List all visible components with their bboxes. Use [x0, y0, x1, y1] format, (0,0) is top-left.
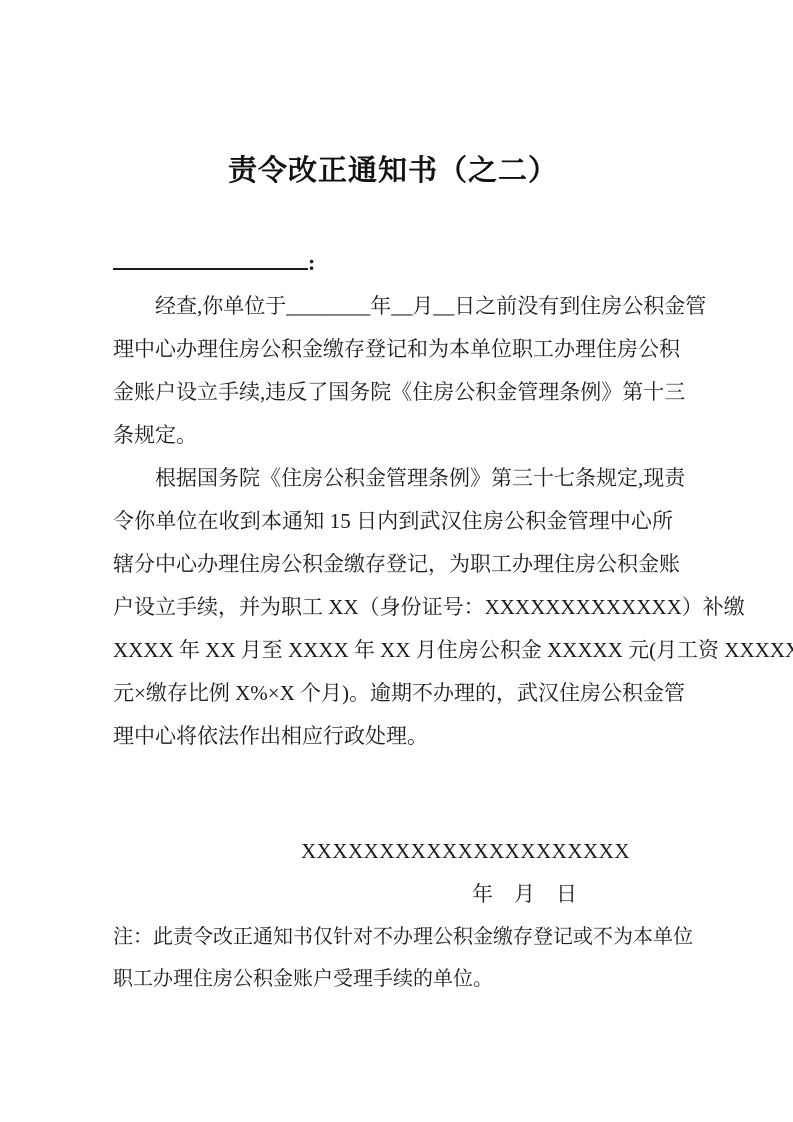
body-line: 理中心将依法作出相应行政处理。 — [113, 715, 673, 758]
body-line: 经查,你单位于________年__月__日之前没有到住房公积金管 — [113, 285, 673, 328]
salutation-line: : — [113, 241, 673, 285]
body-line: 令你单位在收到本通知 15 日内到武汉住房公积金管理中心所 — [113, 500, 673, 543]
document-page: 责令改正通知书（之二） : 经查,你单位于________年__月__日之前没有… — [0, 0, 793, 1122]
body-line: 元×缴存比例 X%×X 个月)。逾期不办理的，武汉住房公积金管 — [113, 672, 673, 715]
signature-block: XXXXXXXXXXXXXXXXXXXXX 年 月 日 — [113, 830, 673, 916]
salutation-blank-line — [113, 244, 308, 270]
body-line: 辖分中心办理住房公积金缴存登记，为职工办理住房公积金账 — [113, 543, 673, 586]
paragraph-1: 经查,你单位于________年__月__日之前没有到住房公积金管 理中心办理住… — [113, 285, 673, 457]
body-line: 户设立手续，并为职工 XX（身份证号：XXXXXXXXXXXXX）补缴 — [113, 586, 673, 629]
body-line: 条规定。 — [113, 414, 673, 457]
footnote-line: 职工办理住房公积金账户受理手续的单位。 — [113, 958, 673, 1000]
footnote: 注：此责令改正通知书仅针对不办理公积金缴存登记或不为本单位 职工办理住房公积金账… — [113, 916, 673, 1000]
paragraph-2: 根据国务院《住房公积金管理条例》第三十七条规定,现责 令你单位在收到本通知 15… — [113, 457, 673, 758]
body-line: XXXX 年 XX 月至 XXXX 年 XX 月住房公积金 XXXXX 元(月工… — [113, 629, 673, 672]
body-line: 金账户设立手续,违反了国务院《住房公积金管理条例》第十三 — [113, 371, 673, 414]
signature-org-placeholder: XXXXXXXXXXXXXXXXXXXXX — [113, 830, 673, 873]
footnote-line: 注：此责令改正通知书仅针对不办理公积金缴存登记或不为本单位 — [113, 916, 673, 958]
body-line: 根据国务院《住房公积金管理条例》第三十七条规定,现责 — [113, 457, 673, 500]
body-line: 理中心办理住房公积金缴存登记和为本单位职工办理住房公积 — [113, 328, 673, 371]
salutation-colon: : — [308, 250, 315, 275]
document-title: 责令改正通知书（之二） — [113, 150, 673, 193]
signature-date-line: 年 月 日 — [113, 873, 673, 916]
